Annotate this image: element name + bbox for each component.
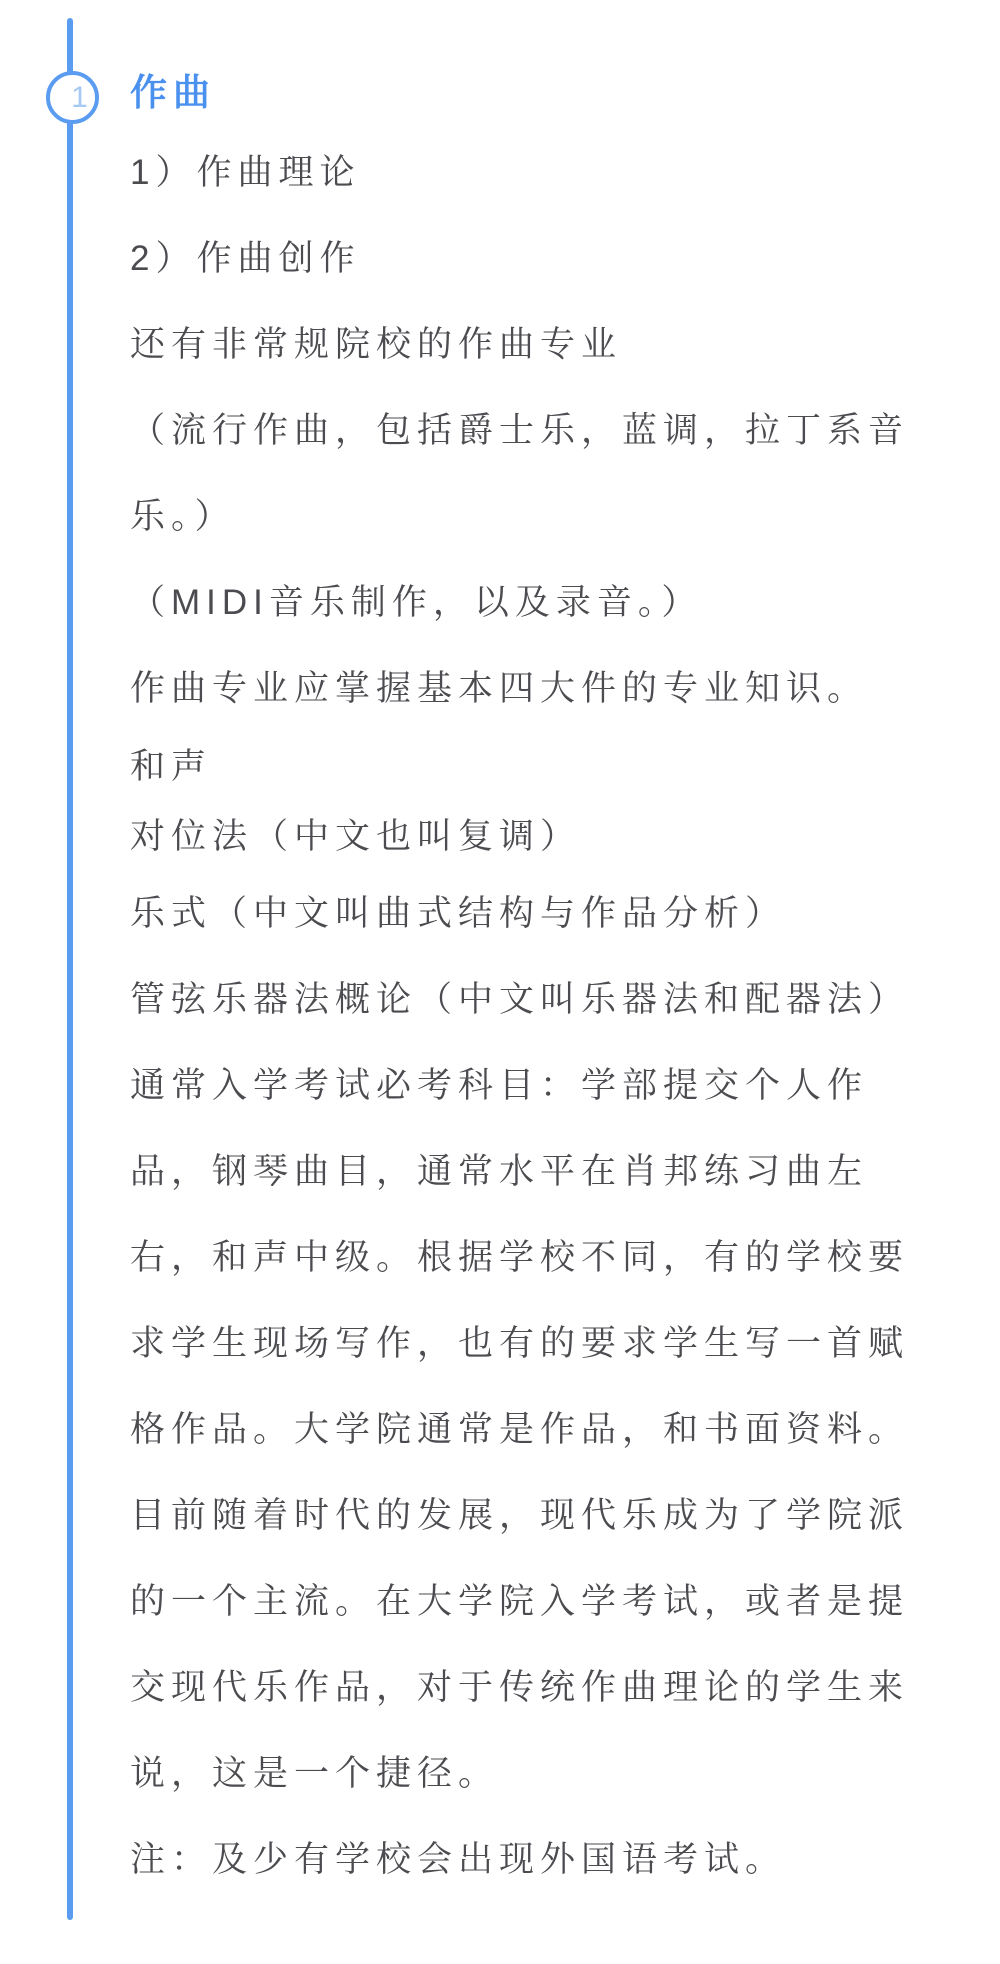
paragraph-line: 右，和声中级。根据学校不同，有的学校要: [130, 1212, 960, 1298]
paragraph-line: 说，这是一个捷径。: [130, 1728, 960, 1814]
timeline-step-marker: 1: [46, 71, 99, 124]
paragraph-line: 通常入学考试必考科目：学部提交个人作: [130, 1040, 960, 1126]
paragraph-line: 注：及少有学校会出现外国语考试。: [130, 1814, 960, 1900]
paragraph-line: 乐式（中文叫曲式结构与作品分析）: [130, 868, 960, 954]
step-number: 1: [71, 83, 88, 113]
article-page: 1 作曲 1）作曲理论 2）作曲创作 还有非常规院校的作曲专业 （流行作曲，包括…: [0, 0, 1000, 1964]
paragraph-line: 2）作曲创作: [130, 213, 960, 299]
paragraph-line: 品，钢琴曲目，通常水平在肖邦练习曲左: [130, 1126, 960, 1212]
paragraph-line: 目前随着时代的发展，现代乐成为了学院派: [130, 1470, 960, 1556]
paragraph-line: 的一个主流。在大学院入学考试，或者是提: [130, 1556, 960, 1642]
section-title: 作曲: [130, 66, 960, 112]
paragraph-line: （MIDI音乐制作，以及录音。）: [130, 557, 960, 643]
paragraph-line: 管弦乐器法概论（中文叫乐器法和配器法）: [130, 954, 960, 1040]
paragraph-line: 和声: [130, 729, 960, 799]
timeline-rail: [67, 18, 73, 1920]
paragraph-line: 交现代乐作品，对于传统作曲理论的学生来: [130, 1642, 960, 1728]
paragraph-line: 求学生现场写作，也有的要求学生写一首赋: [130, 1298, 960, 1384]
paragraph-line: 乐。）: [130, 471, 960, 557]
paragraph-line: 1）作曲理论: [130, 127, 960, 213]
paragraph-line: 作曲专业应掌握基本四大件的专业知识。: [130, 643, 960, 729]
paragraph-line: 对位法（中文也叫复调）: [130, 799, 960, 868]
paragraph-line: 还有非常规院校的作曲专业: [130, 299, 960, 385]
article-content: 作曲 1）作曲理论 2）作曲创作 还有非常规院校的作曲专业 （流行作曲，包括爵士…: [130, 0, 960, 1900]
paragraph-line: （流行作曲，包括爵士乐，蓝调，拉丁系音: [130, 385, 960, 471]
paragraph-line: 格作品。大学院通常是作品，和书面资料。: [130, 1384, 960, 1470]
